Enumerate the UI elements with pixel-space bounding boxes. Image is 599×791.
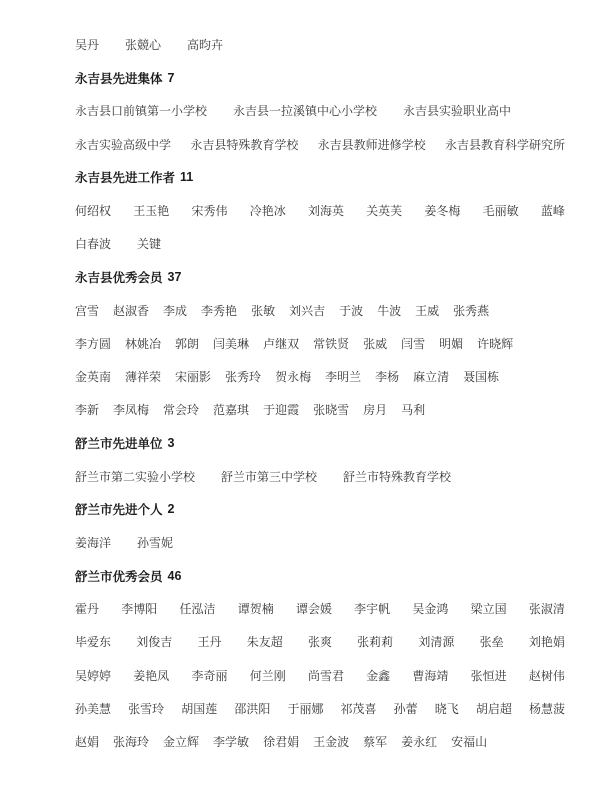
person-name: 谭贺楠 [238, 600, 274, 617]
person-name: 于波 [339, 302, 363, 319]
person-name: 于迎霞 [263, 401, 299, 418]
section-heading: 永吉县优秀会员37 [75, 260, 565, 293]
person-name: 张威 [363, 335, 387, 352]
person-name: 尚雪君 [308, 667, 344, 684]
person-name: 胡国莲 [181, 700, 217, 717]
person-name: 张垒 [480, 633, 504, 650]
person-name: 张爽 [308, 633, 332, 650]
member-row: 赵娟张海玲金立辉李学敏徐君娟王金波蔡军姜永红安福山 [75, 725, 565, 758]
school-name: 永吉县教师进修学校 [318, 136, 426, 153]
section-heading: 舒兰市先进单位3 [75, 426, 565, 459]
person-name: 卢继双 [263, 335, 299, 352]
person-name: 张海玲 [113, 733, 149, 750]
member-row: 宫雪赵淑香李成李秀艳张敏刘兴吉于波牛波王威张秀燕 [75, 294, 565, 327]
school-name: 舒兰市特殊教育学校 [343, 468, 451, 485]
person-name: 张敏 [251, 302, 275, 319]
member-row: 吴婷婷姜艳凤李奇丽何兰刚尚雪君金鑫曹海靖张恒进赵树伟 [75, 659, 565, 692]
person-name: 马利 [401, 401, 425, 418]
person-name: 宫雪 [75, 302, 99, 319]
person-name: 李成 [163, 302, 187, 319]
school-name: 永吉县口前镇第一小学校 [75, 102, 207, 119]
person-name: 姜海洋 [75, 534, 111, 551]
person-name: 徐君娟 [263, 733, 299, 750]
person-name: 李秀艳 [201, 302, 237, 319]
section-heading: 永吉县先进工作者11 [75, 161, 565, 194]
person-name: 姜永红 [401, 733, 437, 750]
school-name: 永吉实验高级中学 [75, 136, 171, 153]
person-name: 张秀燕 [453, 302, 489, 319]
person-name: 郭朗 [175, 335, 199, 352]
person-name: 高昀卉 [187, 36, 223, 53]
member-row: 霍丹李博阳任泓洁谭贺楠谭会媛李宇帆吴金鸿梁立国张淑清 [75, 592, 565, 625]
person-name: 常会玲 [163, 401, 199, 418]
section-title: 舒兰市先进单位 [75, 434, 163, 452]
section-title: 舒兰市先进个人 [75, 500, 163, 518]
person-name: 孙美慧 [75, 700, 111, 717]
person-name: 明媚 [439, 335, 463, 352]
person-name: 张淑清 [529, 600, 565, 617]
person-name: 梁立国 [471, 600, 507, 617]
person-name: 任泓洁 [179, 600, 215, 617]
person-name: 王威 [415, 302, 439, 319]
person-name: 刘海英 [308, 202, 344, 219]
person-name: 安福山 [451, 733, 487, 750]
section-count: 2 [168, 502, 175, 516]
person-name: 宋丽影 [175, 368, 211, 385]
section-title: 永吉县优秀会员 [75, 268, 163, 286]
person-name: 张莉莉 [357, 633, 393, 650]
person-name: 房月 [363, 401, 387, 418]
section-count: 37 [168, 270, 182, 284]
person-name: 李新 [75, 401, 99, 418]
person-name: 曹海靖 [412, 667, 448, 684]
section-count: 3 [168, 436, 175, 450]
person-name: 宋秀伟 [191, 202, 227, 219]
person-name: 吴金鸿 [412, 600, 448, 617]
person-name: 何绍权 [75, 202, 111, 219]
school-row: 舒兰市第二实验小学校舒兰市第三中学校舒兰市特殊教育学校 [75, 459, 565, 492]
person-name: 薄祥荣 [125, 368, 161, 385]
person-name: 李明兰 [325, 368, 361, 385]
person-name: 何兰刚 [250, 667, 286, 684]
person-name: 赵娟 [75, 733, 99, 750]
person-name: 李奇丽 [191, 667, 227, 684]
member-row: 孙美慧张雪玲胡国莲邵洪阳于丽娜祁茂喜孙蕾晓飞胡启超杨慧菠 [75, 692, 565, 725]
person-name: 姜艳凤 [133, 667, 169, 684]
section-count: 11 [180, 170, 193, 184]
person-name: 谭会媛 [296, 600, 332, 617]
person-name: 王金波 [313, 733, 349, 750]
person-name: 麻立清 [413, 368, 449, 385]
person-name: 杨慧菠 [529, 700, 565, 717]
person-name: 李杨 [375, 368, 399, 385]
person-name: 贺永梅 [275, 368, 311, 385]
person-name: 聂国栋 [463, 368, 499, 385]
person-name: 闫雪 [401, 335, 425, 352]
person-name: 祁茂喜 [341, 700, 377, 717]
member-row: 何绍权王玉艳宋秀伟冷艳冰刘海英关英芙姜冬梅毛丽敏蓝峰 [75, 194, 565, 227]
person-name: 张晓雪 [313, 401, 349, 418]
person-name: 霍丹 [75, 600, 99, 617]
person-name: 牛波 [377, 302, 401, 319]
school-name: 永吉县教育科学研究所 [445, 136, 565, 153]
section-count: 7 [168, 71, 175, 85]
person-name: 闫美琳 [213, 335, 249, 352]
section-title: 舒兰市优秀会员 [75, 567, 163, 585]
person-name: 冷艳冰 [250, 202, 286, 219]
member-row: 白春波关键 [75, 227, 565, 260]
person-name: 许晓辉 [477, 335, 513, 352]
person-name: 孙雪妮 [137, 534, 173, 551]
person-name: 张競心 [125, 36, 161, 53]
school-name: 永吉县一拉溪镇中心小学校 [233, 102, 377, 119]
member-row: 李新李凤梅常会玲范嘉琪于迎霞张晓雪房月马利 [75, 393, 565, 426]
person-name: 晓飞 [435, 700, 459, 717]
school-name: 永吉县特殊教育学校 [190, 136, 298, 153]
document-page: 吴丹张競心高昀卉永吉县先进集体7永吉县口前镇第一小学校永吉县一拉溪镇中心小学校永… [0, 0, 599, 791]
person-name: 吴丹 [75, 36, 99, 53]
section-heading: 舒兰市先进个人2 [75, 493, 565, 526]
section-count: 46 [168, 569, 182, 583]
school-row: 永吉实验高级中学永吉县特殊教育学校永吉县教师进修学校永吉县教育科学研究所 [75, 128, 565, 161]
member-row: 毕爱东刘俊吉王丹朱友超张爽张莉莉刘清源张垒刘艳娟 [75, 625, 565, 658]
member-row: 金英南薄祥荣宋丽影张秀玲贺永梅李明兰李杨麻立清聂国栋 [75, 360, 565, 393]
person-name: 张秀玲 [225, 368, 261, 385]
person-name: 李学敏 [213, 733, 249, 750]
person-name: 毕爱东 [75, 633, 111, 650]
school-row: 永吉县口前镇第一小学校永吉县一拉溪镇中心小学校永吉县实验职业高中 [75, 94, 565, 127]
school-name: 舒兰市第三中学校 [221, 468, 317, 485]
person-name: 关键 [137, 235, 161, 252]
person-name: 赵树伟 [529, 667, 565, 684]
section-heading: 永吉县先进集体7 [75, 61, 565, 94]
person-name: 朱友超 [247, 633, 283, 650]
person-name: 刘艳娟 [529, 633, 565, 650]
person-name: 姜冬梅 [424, 202, 460, 219]
person-name: 蓝峰 [541, 202, 565, 219]
person-name: 李凤梅 [113, 401, 149, 418]
person-name: 金立辉 [163, 733, 199, 750]
person-name: 蔡军 [363, 733, 387, 750]
person-name: 孙蕾 [394, 700, 418, 717]
person-name: 常铁贤 [313, 335, 349, 352]
person-name: 吴婷婷 [75, 667, 111, 684]
person-name: 邵洪阳 [234, 700, 270, 717]
section-title: 永吉县先进集体 [75, 69, 163, 87]
person-name: 胡启超 [476, 700, 512, 717]
school-name: 舒兰市第二实验小学校 [75, 468, 195, 485]
section-heading: 舒兰市优秀会员46 [75, 559, 565, 592]
person-name: 李博阳 [121, 600, 157, 617]
intro-names-row: 吴丹张競心高昀卉 [75, 28, 565, 61]
section-title: 永吉县先进工作者 [75, 168, 175, 186]
person-name: 王丹 [197, 633, 221, 650]
person-name: 毛丽敏 [483, 202, 519, 219]
person-name: 于丽娜 [287, 700, 323, 717]
person-name: 张雪玲 [128, 700, 164, 717]
school-name: 永吉县实验职业高中 [403, 102, 511, 119]
person-name: 金英南 [75, 368, 111, 385]
person-name: 赵淑香 [113, 302, 149, 319]
person-name: 李宇帆 [354, 600, 390, 617]
person-name: 刘俊吉 [136, 633, 172, 650]
person-name: 白春波 [75, 235, 111, 252]
person-name: 张恒进 [471, 667, 507, 684]
person-name: 林姚冶 [125, 335, 161, 352]
member-row: 姜海洋孙雪妮 [75, 526, 565, 559]
person-name: 刘兴吉 [289, 302, 325, 319]
person-name: 关英芙 [366, 202, 402, 219]
person-name: 刘清源 [418, 633, 454, 650]
member-row: 李方圆林姚冶郭朗闫美琳卢继双常铁贤张威闫雪明媚许晓辉 [75, 327, 565, 360]
person-name: 王玉艳 [133, 202, 169, 219]
person-name: 金鑫 [366, 667, 390, 684]
person-name: 范嘉琪 [213, 401, 249, 418]
person-name: 李方圆 [75, 335, 111, 352]
